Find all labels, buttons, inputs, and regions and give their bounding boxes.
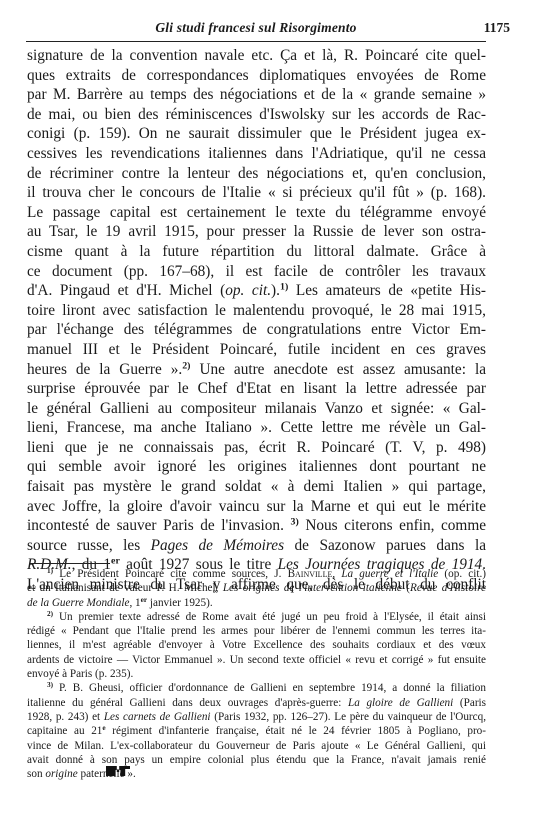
body-line: d'A. Pingaud et d'H. Michel (op. cit.).1… (27, 281, 486, 301)
footnote-1: 1) Le Président Poincaré cite comme sour… (27, 567, 486, 581)
body-line: faisait pas mystère le grand soldat « à … (27, 477, 486, 497)
body-line: de mai, ou bien des réminiscences d'Iswo… (27, 105, 486, 125)
page-number: 1175 (484, 20, 510, 36)
footnote-line: son origine paternelle ». (27, 767, 486, 781)
body-line: le général Gallieni au compositeur milan… (27, 399, 486, 419)
body-line: lieni que je ne connaissais pas, écrit R… (27, 438, 486, 458)
body-line: incontesté de sauver Paris de l'invasion… (27, 516, 486, 536)
footnote-line: avait donné à son pays un empire colonia… (27, 753, 486, 767)
body-line: de récriminer contre la lenteur des négo… (27, 164, 486, 184)
body-line: surprise éprouvée par le Chef d'Etat en … (27, 379, 486, 399)
footnote-line: capitaine au 21e régiment d'infanterie f… (27, 724, 486, 738)
body-line: avec Joffre, la gloire d'avoir vaincu su… (27, 497, 486, 517)
footnote-ref-1[interactable]: 1) (280, 282, 288, 293)
body-line: source russe, les Pages de Mémoires de S… (27, 536, 486, 556)
footnote-line: de la Guerre Mondiale, 1er janvier 1925)… (27, 596, 486, 610)
footnote-3: 3) P. B. Gheusi, officier d'ordonnance d… (27, 681, 486, 695)
body-line: signature de la convention navale etc. Ç… (27, 46, 486, 66)
body-line: cessives les revendications italiennes d… (27, 144, 486, 164)
footnote-line: italienne du général Gallieni dans deux … (27, 696, 486, 710)
body-line: Le passage capital est certainement le t… (27, 203, 486, 223)
document-page: Gli studi francesi sul Risorgimento 1175… (0, 0, 550, 827)
body-line: il trouva cher le concours de l'Italie «… (27, 183, 486, 203)
footnote-ref-3[interactable]: 3) (290, 517, 298, 528)
footnote-line: liennes, il m'est agréable d'envoyer à V… (27, 638, 486, 652)
body-line: heures de la Guerre ».2) Une autre anecd… (27, 360, 486, 380)
body-line: qui semble avoir ignoré les origines ita… (27, 457, 486, 477)
body-line: toire liront avec satisfaction le malent… (27, 301, 486, 321)
footnote-rule (30, 563, 110, 564)
body-line: par l'échange des télégrammes de congrat… (27, 320, 486, 340)
body-line: ques extraits de correspondances diploma… (27, 66, 486, 86)
footnotes: 1) Le Président Poincaré cite comme sour… (27, 567, 486, 781)
body-text: signature de la convention navale etc. Ç… (27, 46, 486, 595)
footnote-line: rédigé « Pendant que l'Italie prend les … (27, 624, 486, 638)
running-head: Gli studi francesi sul Risorgimento 1175 (26, 20, 486, 40)
footnote-line: vince de Milan. L'ex-collaborateur du Go… (27, 739, 486, 753)
body-line: cisme quant à la future répartition du l… (27, 242, 486, 262)
body-line: lieni, Francese, ma anche Italiano ». Ce… (27, 418, 486, 438)
footnote-2: 2) Un premier texte adressé de Rome avai… (27, 610, 486, 624)
footnote-line: envoyé à Paris (p. 235). (27, 667, 486, 681)
header-rule (26, 41, 486, 42)
body-line: conigi (p. 159). On ne saurait dissimule… (27, 124, 486, 144)
body-line: ce document (pp. 167–68), il est facile … (27, 262, 486, 282)
body-line: manuel III et le Président Poincaré, fut… (27, 340, 486, 360)
footnote-line: 1928, p. 243) et Les carnets de Gallieni… (27, 710, 486, 724)
body-line: par M. Barrère au temps des négociations… (27, 85, 486, 105)
body-line: au Tsar, le 19 avril 1915, pour presser … (27, 222, 486, 242)
footnote-line: ardents de victoire — Victor Emmanuel ».… (27, 653, 486, 667)
running-title: Gli studi francesi sul Risorgimento (26, 20, 486, 36)
footnote-line: et un Italianisant de valeur P. H. Miche… (27, 581, 486, 595)
